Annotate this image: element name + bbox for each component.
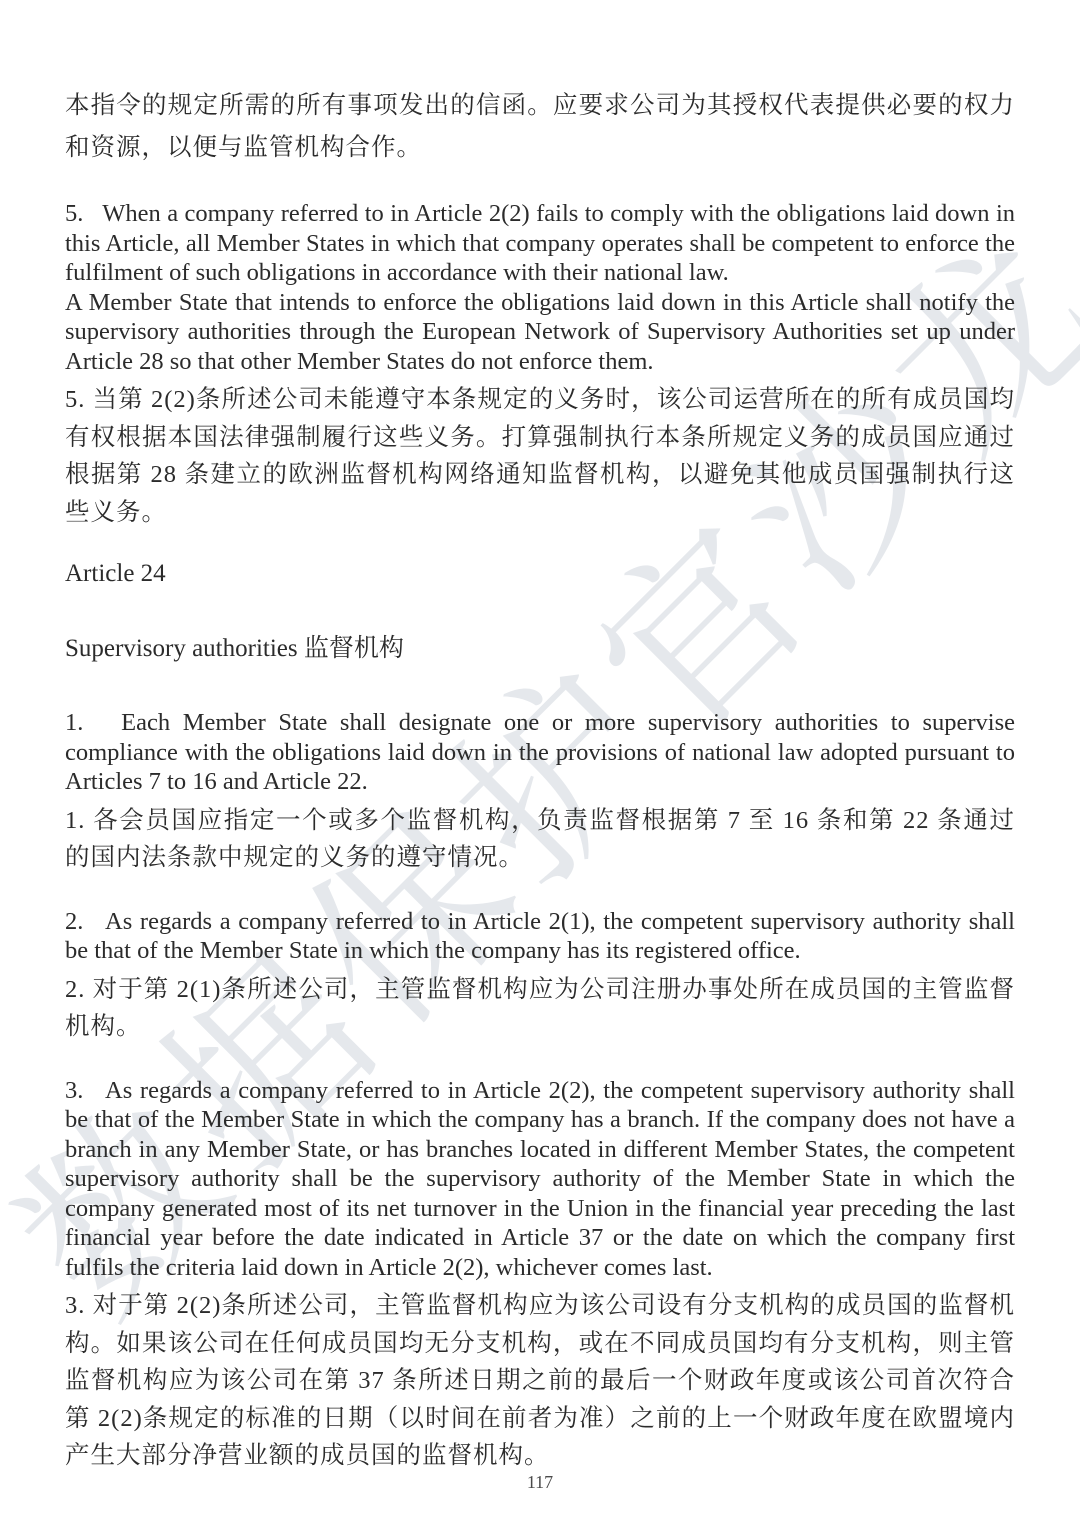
paragraph-item-5: 5. When a company referred to in Article… bbox=[65, 199, 1015, 531]
item2-english: 2. As regards a company referred to in A… bbox=[65, 907, 1015, 966]
paragraph-item-2: 2. As regards a company referred to in A… bbox=[65, 907, 1015, 1046]
item1-english: 1. Each Member State shall designate one… bbox=[65, 708, 1015, 797]
paragraph-intro-continuation: 本指令的规定所需的所有事项发出的信函。应要求公司为其授权代表提供必要的权力和资源… bbox=[65, 85, 1015, 169]
document-page: 数据保护官沙龙 本指令的规定所需的所有事项发出的信函。应要求公司为其授权代表提供… bbox=[0, 0, 1080, 1527]
intro-zh-text: 本指令的规定所需的所有事项发出的信函。应要求公司为其授权代表提供必要的权力和资源… bbox=[65, 85, 1015, 169]
document-body: 本指令的规定所需的所有事项发出的信函。应要求公司为其授权代表提供必要的权力和资源… bbox=[65, 85, 1015, 1475]
article-24-heading: Article 24 bbox=[65, 559, 1015, 589]
paragraph-item-1: 1. Each Member State shall designate one… bbox=[65, 708, 1015, 877]
item5-english-part2: A Member State that intends to enforce t… bbox=[65, 288, 1015, 377]
item3-english: 3. As regards a company referred to in A… bbox=[65, 1076, 1015, 1283]
item2-chinese-translation: 2. 对于第 2(1)条所述公司，主管监督机构应为公司注册办事处所在成员国的主管… bbox=[65, 971, 1015, 1046]
paragraph-item-3: 3. As regards a company referred to in A… bbox=[65, 1076, 1015, 1475]
item1-chinese-translation: 1. 各会员国应指定一个或多个监督机构，负责监督根据第 7 至 16 条和第 2… bbox=[65, 802, 1015, 877]
page-number: 117 bbox=[0, 1472, 1080, 1493]
item5-chinese-translation: 5. 当第 2(2)条所述公司未能遵守本条规定的义务时，该公司运营所在的所有成员… bbox=[65, 381, 1015, 531]
article-24-subheading: Supervisory authorities 监督机构 bbox=[65, 634, 1015, 664]
item3-chinese-translation: 3. 对于第 2(2)条所述公司，主管监督机构应为该公司设有分支机构的成员国的监… bbox=[65, 1287, 1015, 1475]
item5-english-part1: 5. When a company referred to in Article… bbox=[65, 199, 1015, 288]
